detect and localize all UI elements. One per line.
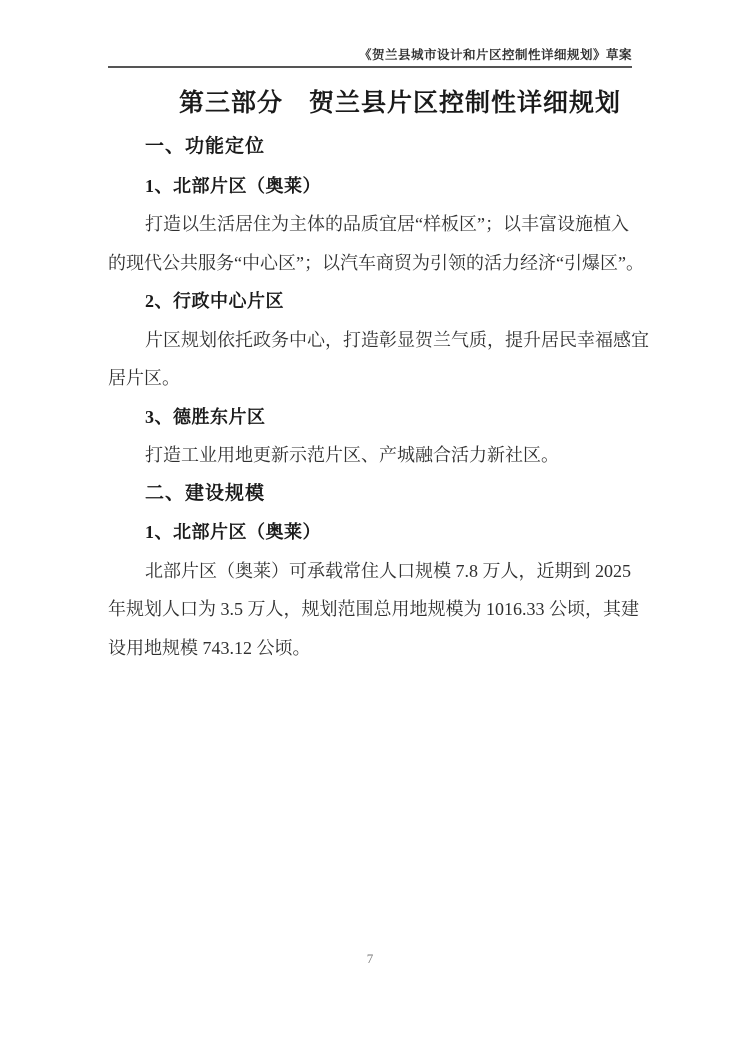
subsection-heading-2-1: 1、北部片区（奥莱）: [108, 513, 632, 552]
paragraph-line: 居片区。: [108, 359, 632, 398]
subsection-heading-1-1: 1、北部片区（奥莱）: [108, 167, 632, 206]
page-header: 《贺兰县城市设计和片区控制性详细规划》草案: [108, 46, 632, 64]
paragraph-line: 片区规划依托政务中心，打造彰显贺兰气质，提升居民幸福感宜: [108, 321, 632, 360]
paragraph-line: 的现代公共服务“中心区”；以汽车商贸为引领的活力经济“引爆区”。: [108, 244, 632, 283]
paragraph-line: 打造工业用地更新示范片区、产城融合活力新社区。: [108, 436, 632, 475]
header-doc-title: 《贺兰县城市设计和片区控制性详细规划》草案: [359, 48, 632, 62]
subsection-heading-1-3: 3、德胜东片区: [108, 398, 632, 437]
page-footer: 7: [0, 950, 740, 968]
paragraph-line: 设用地规模 743.12 公顷。: [108, 629, 632, 668]
header-rule: [108, 66, 632, 68]
document-body: 一、功能定位 1、北部片区（奥莱） 打造以生活居住为主体的品质宜居“样板区”；以…: [108, 128, 632, 667]
page-number: 7: [367, 951, 374, 966]
section-heading-1: 一、功能定位: [108, 128, 632, 167]
paragraph-line: 北部片区（奥莱）可承载常住人口规模 7.8 万人，近期到 2025: [108, 552, 632, 591]
paragraph-line: 打造以生活居住为主体的品质宜居“样板区”；以丰富设施植入: [108, 205, 632, 244]
paragraph-line: 年规划人口为 3.5 万人，规划范围总用地规模为 1016.33 公顷，其建: [108, 590, 632, 629]
subsection-heading-1-2: 2、行政中心片区: [108, 282, 632, 321]
page-title: 第三部分 贺兰县片区控制性详细规划: [138, 89, 662, 119]
document-page: 《贺兰县城市设计和片区控制性详细规划》草案 第三部分 贺兰县片区控制性详细规划 …: [0, 0, 740, 1046]
section-heading-2: 二、建设规模: [108, 475, 632, 514]
